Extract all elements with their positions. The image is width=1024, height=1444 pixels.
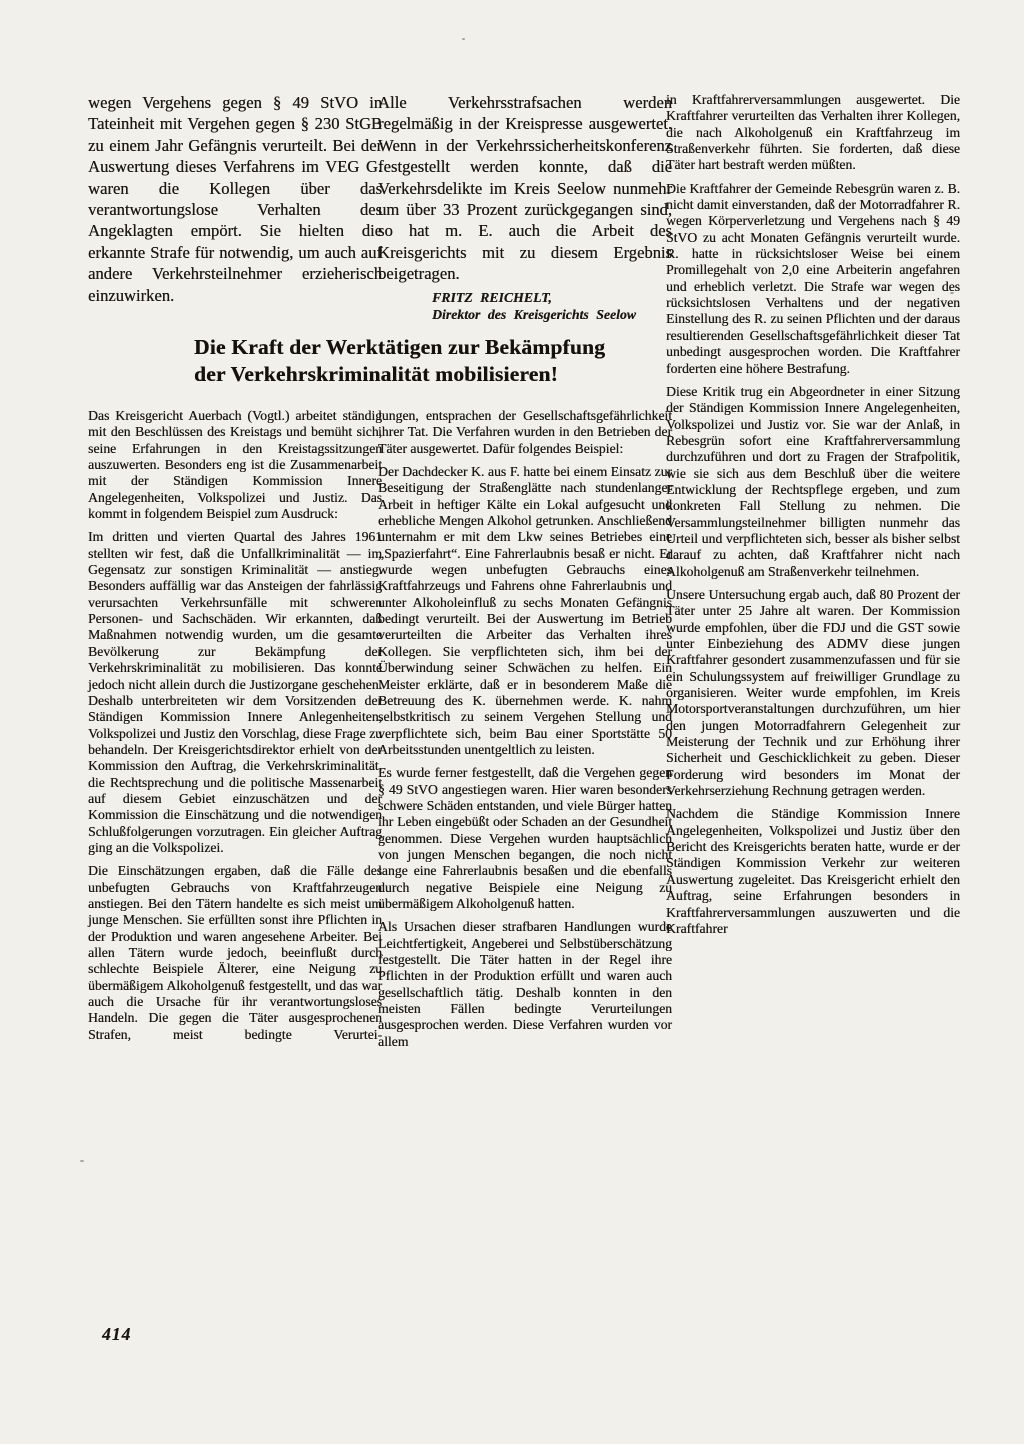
- signature-block: FRITZ REICHELT, Direktor des Kreisgerich…: [432, 289, 672, 324]
- signature-name: FRITZ REICHELT,: [432, 289, 672, 307]
- headline-line-2: der Verkehrskriminalität mobilisieren!: [194, 361, 672, 388]
- prev-article-text-1: wegen Vergehens gegen § 49 StVO in Tatei…: [88, 92, 382, 306]
- scan-speckle: [462, 38, 465, 40]
- paragraph: Als Ursachen dieser strafbaren Handlunge…: [378, 919, 672, 1050]
- prev-article-column-2: Alle Verkehrsstrafsachen werden regelmäß…: [378, 92, 672, 324]
- article-column-middle: lungen, entsprachen der Gesellschaftsgef…: [378, 408, 672, 1057]
- scan-speckle: [80, 1160, 84, 1162]
- scanned-journal-page: wegen Vergehens gegen § 49 StVO in Tatei…: [0, 0, 1024, 1444]
- scan-speckle: [950, 292, 954, 294]
- paragraph: in Kraftfahrerversammlungen ausgewertet.…: [666, 92, 960, 174]
- page-number: 414: [102, 1324, 131, 1345]
- paragraph: Im dritten und vierten Quartal des Jahre…: [88, 529, 382, 856]
- paragraph: Der Dachdecker K. aus F. hatte bei einem…: [378, 464, 672, 758]
- scan-speckle: [374, 966, 377, 969]
- article-column-right: in Kraftfahrerversammlungen ausgewertet.…: [666, 92, 960, 944]
- paragraph: Unsere Untersuchung ergab auch, daß 80 P…: [666, 587, 960, 799]
- paragraph: Das Kreisgericht Auerbach (Vogtl.) arbei…: [88, 408, 382, 522]
- article-headline: Die Kraft der Werktätigen zur Bekämpfung…: [194, 334, 672, 387]
- prev-article-column-1: wegen Vergehens gegen § 49 StVO in Tatei…: [88, 92, 382, 313]
- paragraph: Die Einschätzungen ergaben, daß die Fäll…: [88, 863, 382, 1043]
- paragraph: Es wurde ferner festgestellt, daß die Ve…: [378, 765, 672, 912]
- prev-article-text-2: Alle Verkehrsstrafsachen werden regelmäß…: [378, 92, 672, 285]
- paragraph: Nachdem die Ständige Kommission Innere A…: [666, 806, 960, 937]
- headline-line-1: Die Kraft der Werktätigen zur Bekämpfung: [194, 334, 672, 361]
- article-column-left: Das Kreisgericht Auerbach (Vogtl.) arbei…: [88, 408, 382, 1050]
- signature-role: Direktor des Kreisgerichts Seelow: [432, 306, 672, 324]
- paragraph: Die Kraftfahrer der Gemeinde Rebesgrün w…: [666, 181, 960, 377]
- paragraph: lungen, entsprachen der Gesellschaftsgef…: [378, 408, 672, 457]
- paragraph: Diese Kritik trug ein Abgeordneter in ei…: [666, 384, 960, 580]
